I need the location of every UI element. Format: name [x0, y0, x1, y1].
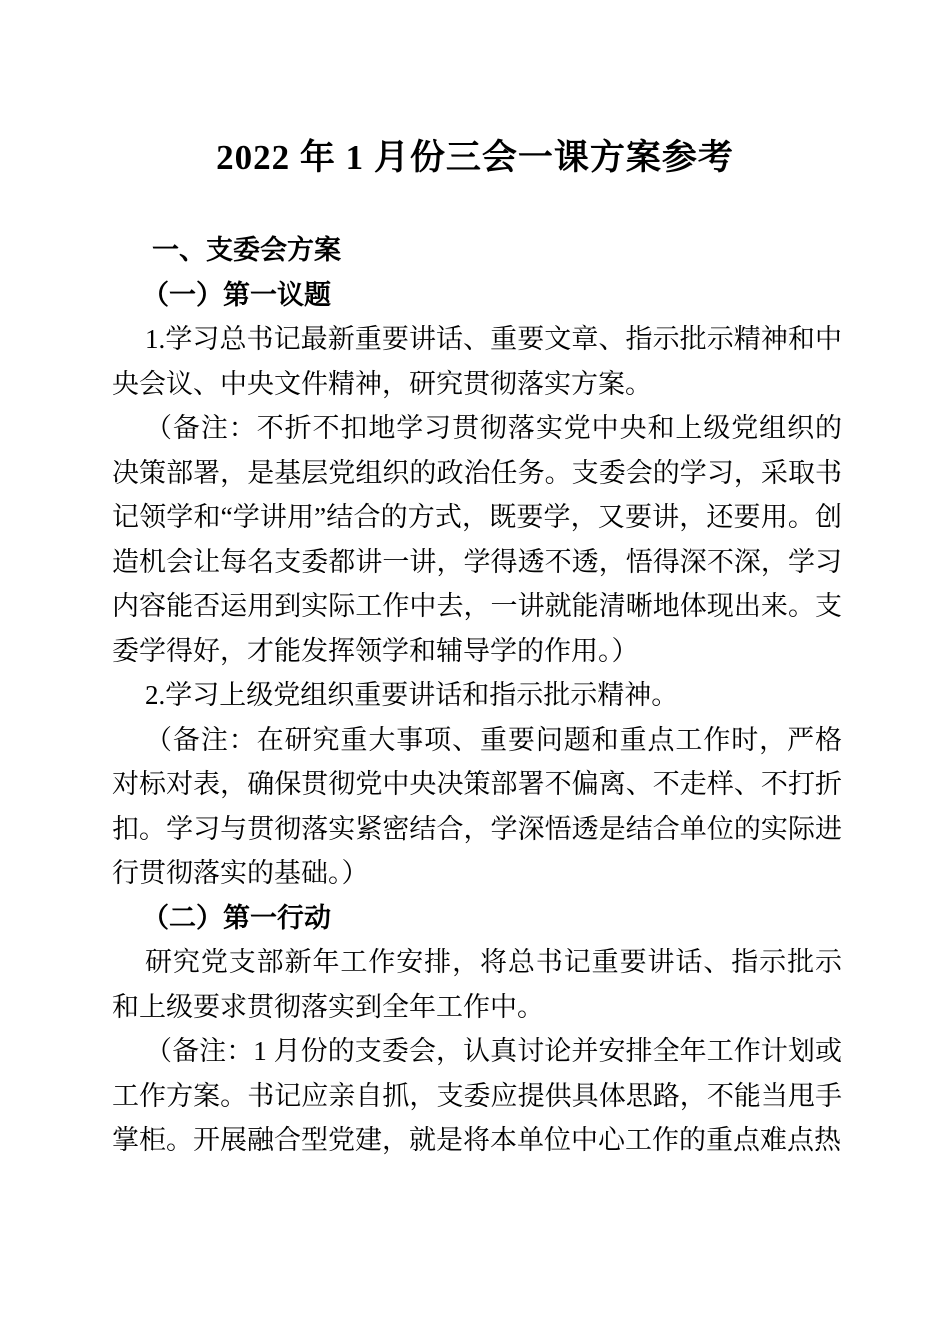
- paragraph-item-1: 1.学习总书记最新重要讲话、重要文章、指示批示精神和中央会议、中央文件精神，研究…: [112, 317, 842, 406]
- document-page: 2022 年 1 月份三会一课方案参考 一、支委会方案 （一）第一议题 1.学习…: [0, 0, 950, 1344]
- document-body: 一、支委会方案 （一）第一议题 1.学习总书记最新重要讲话、重要文章、指示批示精…: [112, 228, 842, 1163]
- sub-heading-first-topic: （一）第一议题: [112, 273, 842, 318]
- sub-heading-first-action: （二）第一行动: [112, 896, 842, 941]
- paragraph-note-1: （备注：不折不扣地学习贯彻落实党中央和上级党组织的决策部署，是基层党组织的政治任…: [112, 406, 842, 673]
- paragraph-item-2: 2.学习上级党组织重要讲话和指示批示精神。: [112, 673, 842, 718]
- paragraph-note-2: （备注：在研究重大事项、重要问题和重点工作时，严格对标对表，确保贯彻党中央决策部…: [112, 718, 842, 896]
- section-heading-zhiweihui-fangan: 一、支委会方案: [112, 228, 842, 273]
- paragraph-note-3-truncated: （备注：1 月份的支委会，认真讨论并安排全年工作计划或工作方案。书记应亲自抓，支…: [112, 1029, 842, 1163]
- paragraph-action-body: 研究党支部新年工作安排，将总书记重要讲话、指示批示和上级要求贯彻落实到全年工作中…: [112, 940, 842, 1029]
- document-title: 2022 年 1 月份三会一课方案参考: [0, 0, 950, 183]
